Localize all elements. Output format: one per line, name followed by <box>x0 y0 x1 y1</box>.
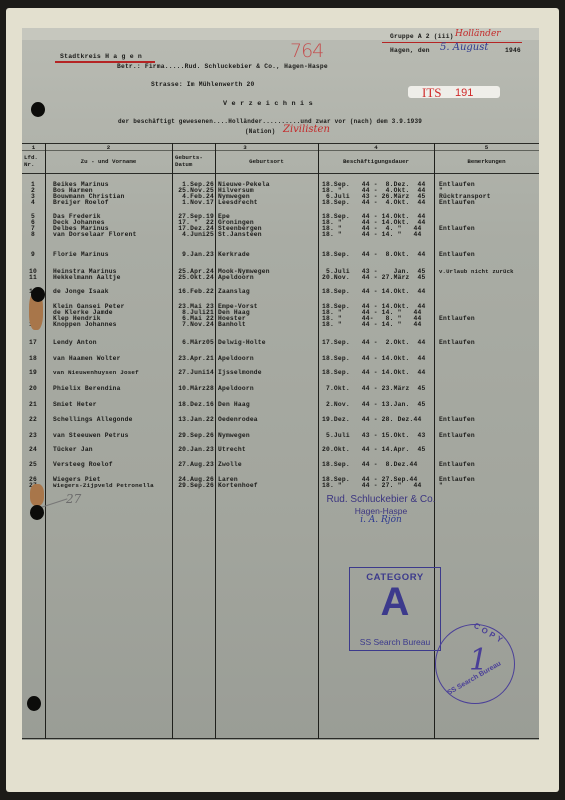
row-remarks: v.Urlaub nicht zurück <box>439 268 559 275</box>
nation-handwritten: Zivilisten <box>283 124 330 135</box>
row-birthdate: 18.Dez.16 <box>172 401 214 408</box>
row-number: 11 <box>22 274 44 281</box>
place-date-prefix: Hagen, den <box>390 47 430 54</box>
row-duration: 18. " 44 - 14. " 44 <box>322 231 440 238</box>
row-birthplace: Kortenhoef <box>218 482 318 489</box>
row-duration: 18.Sep. 44 - 14.Okt. 44 <box>322 369 440 376</box>
header-duration: Beschäftigungsdauer <box>318 158 434 165</box>
row-duration: 18.Sep. 44 - 8.Okt. 44 <box>322 251 440 258</box>
punch-hole <box>31 102 45 117</box>
document-year: 1946 <box>505 47 521 54</box>
row-duration: 18. " 44 - 27. " 44 <box>322 482 440 489</box>
colnum-2: 2 <box>45 144 172 151</box>
row-birthplace: Delwig-Holte <box>218 339 318 346</box>
row-birthplace: Oedenrodea <box>218 416 318 423</box>
row-duration: 20.Nov. 44 - 27.März 45 <box>322 274 440 281</box>
row-birthdate: 16.Feb.22 <box>172 288 214 295</box>
row-duration: 5.Juli 43 - 15.Okt. 43 <box>322 432 440 439</box>
row-duration: 17.Sep. 44 - 2.Okt. 44 <box>322 339 440 346</box>
document-title: V e r z e i c h n i s <box>223 100 313 108</box>
handwritten-number: 764 <box>290 40 323 62</box>
row-birthdate: 20.Jan.23 <box>172 446 214 453</box>
row-birthplace: Apeldoorn <box>218 385 318 392</box>
row-remarks: Entlaufen <box>439 251 559 258</box>
row-birthdate: 9.Jan.23 <box>172 251 214 258</box>
row-number: 9 <box>22 251 44 258</box>
row-remarks: Entlaufen <box>439 432 559 439</box>
row-duration: 18.Sep. 44 - 8.Dez.44 <box>322 461 440 468</box>
colnum-4: 4 <box>318 144 434 151</box>
row-birthdate: 27.Juni14 <box>172 369 214 376</box>
row-duration: 18.Sep. 44 - 14.Okt. 44 <box>322 288 440 295</box>
row-number: 17 <box>22 339 44 346</box>
street-line: Strasse: Im Mühlenwerth 20 <box>151 81 254 88</box>
header-birthplace: Geburtsort <box>215 158 318 165</box>
its-label: ITS <box>422 85 442 101</box>
group-handwritten: Holländer <box>455 29 501 39</box>
row-number: 20 <box>22 385 44 392</box>
row-birthdate: 29.Sep.26 <box>172 482 214 489</box>
its-label-strip: ITS 191 <box>408 86 500 98</box>
row-duration: 19.Dez. 44 - 28. Dez.44 <box>322 416 440 423</box>
row-birthplace: Zaanslag <box>218 288 318 295</box>
row-number: 4 <box>22 199 44 206</box>
category-stamp-bureau: SS Search Bureau <box>350 637 440 647</box>
row-number: 22 <box>22 416 44 423</box>
row-birthdate: 13.Jan.22 <box>172 416 214 423</box>
row-number: 8 <box>22 231 44 238</box>
margin-note: 27 <box>66 492 81 506</box>
firm-stamp-signature: i. A. Rjön <box>326 515 436 525</box>
header-district: Stadtkreis H a g e n <box>60 53 142 60</box>
row-number: 18 <box>22 355 44 362</box>
row-duration: 20.Okt. 44 - 14.Apr. 45 <box>322 446 440 453</box>
row-birthplace: Utrecht <box>218 446 318 453</box>
col-divider-3 <box>215 143 216 739</box>
colnum-5: 5 <box>434 144 539 151</box>
col-divider-1 <box>45 143 46 739</box>
category-stamp: CATEGORY A SS Search Bureau <box>349 567 441 651</box>
row-remarks: Entlaufen <box>439 225 559 232</box>
row-birthplace: Den Haag <box>218 401 318 408</box>
row-birthdate: 25.Okt.24 <box>172 274 214 281</box>
group-label: Gruppe A 2 (iii) <box>390 33 454 40</box>
copy-stamp: COPY 1 SS Search Bureau <box>435 624 515 704</box>
its-number: 191 <box>455 87 473 99</box>
row-birthdate: 6.März05 <box>172 339 214 346</box>
table-header-bottom <box>22 173 539 174</box>
row-birthplace: Kerkrade <box>218 251 318 258</box>
colnum-3: 3 <box>215 144 275 151</box>
row-duration: 18. " 44 - 14. " 44 <box>322 321 440 328</box>
row-birthplace: Apeldoorn <box>218 355 318 362</box>
row-number: 23 <box>22 432 44 439</box>
row-number: 25 <box>22 461 44 468</box>
row-duration: 18.Sep. 44 - 4.Okt. 44 <box>322 199 440 206</box>
row-birthplace: St.Jansteen <box>218 231 318 238</box>
row-birthdate: 7.Nov.24 <box>172 321 214 328</box>
col-divider-4 <box>318 143 319 739</box>
row-number: 21 <box>22 401 44 408</box>
row-birthplace: Nymwegen <box>218 432 318 439</box>
row-birthdate: 4.Juni25 <box>172 231 214 238</box>
header-remarks: Bemerkungen <box>434 158 539 165</box>
row-birthplace: Banholt <box>218 321 318 328</box>
row-remarks: Entlaufen <box>439 199 559 206</box>
row-remarks: " <box>439 482 559 489</box>
row-number: 19 <box>22 369 44 376</box>
row-birthplace: Apeldoorn <box>218 274 318 281</box>
row-remarks: Entlaufen <box>439 315 559 322</box>
row-duration: 18.Sep. 44 - 14.Okt. 44 <box>322 355 440 362</box>
firm-line: Betr.: Firma.....Rud. Schluckebier & Co.… <box>117 63 328 70</box>
rust-stain <box>30 484 44 506</box>
row-remarks: Entlaufen <box>439 416 559 423</box>
firm-stamp-name: Rud. Schluckebier & Co. <box>326 494 436 505</box>
row-birthplace: Leesdrecht <box>218 199 318 206</box>
row-birthdate: 27.Aug.23 <box>172 461 214 468</box>
row-duration: 7.Okt. 44 - 23.März 45 <box>322 385 440 392</box>
row-birthplace: Zwolle <box>218 461 318 468</box>
row-birthdate: 1.Nov.17 <box>172 199 214 206</box>
category-stamp-letter: A <box>350 580 440 625</box>
row-birthdate: 23.Apr.21 <box>172 355 214 362</box>
row-remarks: Entlaufen <box>439 461 559 468</box>
header-name: Zu - und Vorname <box>45 158 172 165</box>
date-handwritten: 5. August <box>440 42 488 53</box>
punch-hole <box>31 287 45 302</box>
row-number: 24 <box>22 446 44 453</box>
row-duration: 2.Nov. 44 - 13.Jan. 45 <box>322 401 440 408</box>
row-birthplace: Ijsselmonde <box>218 369 318 376</box>
row-birthdate: 10.März28 <box>172 385 214 392</box>
header-birthdate: Geburts- Datum <box>175 154 213 168</box>
table-bottom-border <box>22 738 539 739</box>
row-remarks: Entlaufen <box>439 339 559 346</box>
document-subtitle: der beschäftigt gewesenen....Holländer..… <box>118 118 422 125</box>
punch-hole <box>30 505 44 520</box>
punch-hole <box>27 696 41 711</box>
nation-label: (Nation) <box>245 128 275 135</box>
firm-stamp: Rud. Schluckebier & Co. Hagen-Haspe i. A… <box>326 494 436 525</box>
colnum-1: 1 <box>22 144 45 151</box>
header-nr: Lfd. Nr. <box>24 154 42 168</box>
row-birthdate: 29.Sep.26 <box>172 432 214 439</box>
